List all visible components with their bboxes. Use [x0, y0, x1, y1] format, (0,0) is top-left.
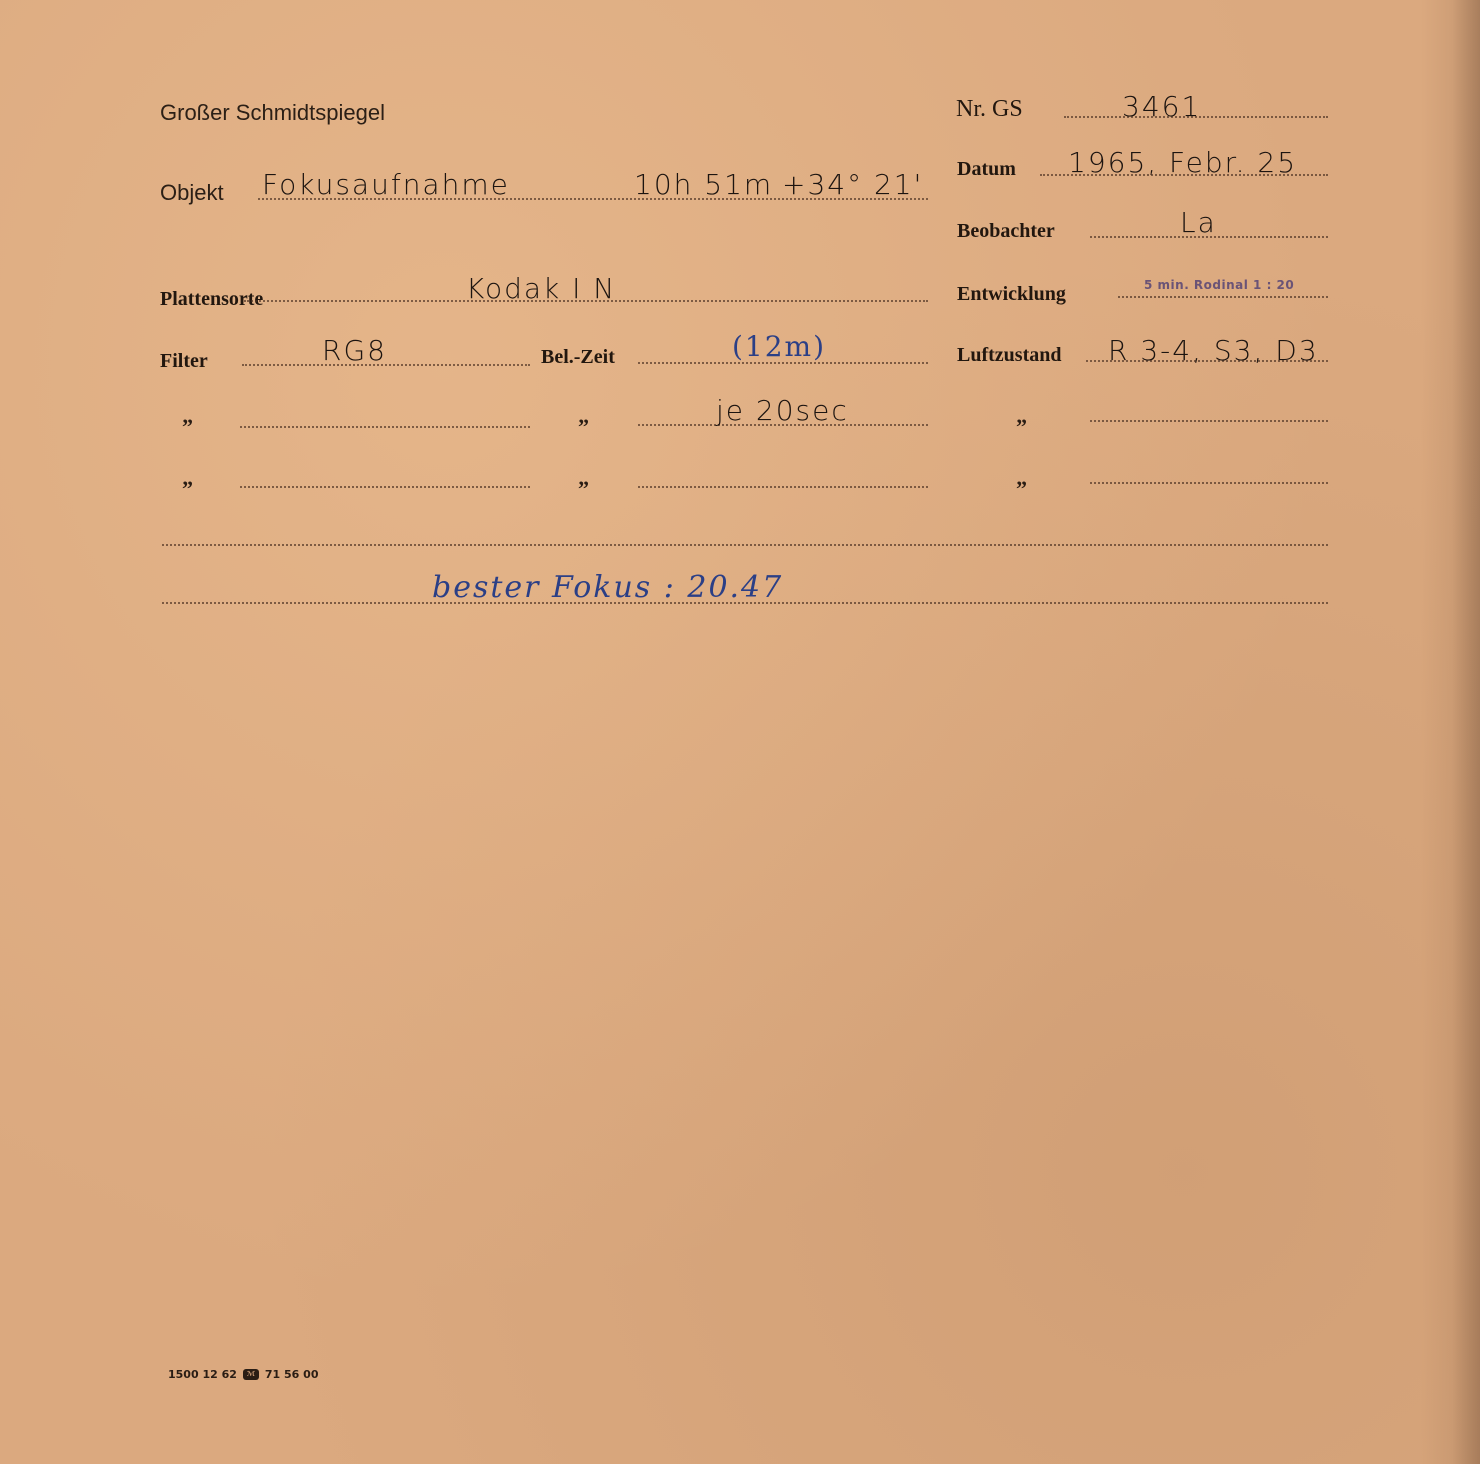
- notes-text-2: bester Fokus : 20.47: [432, 570, 783, 605]
- print-code-part-2: 71 56 00: [265, 1368, 319, 1381]
- beobachter-value: La: [1180, 206, 1217, 239]
- datum-value: 1965, Febr. 25: [1068, 146, 1297, 179]
- notes-line-1: [162, 544, 1328, 546]
- declination-value: +34° 21': [782, 168, 923, 201]
- ditto-luftzustand-2: ”: [1016, 476, 1027, 502]
- luftzustand-label: Luftzustand: [957, 344, 1061, 367]
- entwicklung-line: [1118, 296, 1328, 298]
- beobachter-label: Beobachter: [957, 220, 1055, 243]
- belzeit-line-3: [638, 486, 928, 488]
- luftzustand-line-3: [1090, 482, 1328, 484]
- filter-line-2: [240, 426, 530, 428]
- ditto-luftzustand-1: ”: [1016, 414, 1027, 440]
- belzeit-value-2: je 20sec: [716, 394, 849, 427]
- right-ascension-value: 10h 51m: [634, 168, 773, 201]
- luftzustand-line-2: [1090, 420, 1328, 422]
- objekt-label: Objekt: [160, 180, 224, 206]
- instrument-title: Großer Schmidtspiegel: [160, 100, 385, 126]
- printer-logo-icon: ℳ: [243, 1369, 259, 1380]
- paper-background: [0, 0, 1480, 1464]
- plate-number-label: Nr. GS: [956, 96, 1023, 123]
- ditto-filter-1: ”: [182, 414, 193, 440]
- paper-edge-shadow: [1452, 0, 1480, 1464]
- entwicklung-stamp: 5 min. Rodinal 1 : 20: [1144, 278, 1294, 292]
- ditto-belzeit-1: ”: [578, 414, 589, 440]
- print-code-part-1: 1500 12 62: [168, 1368, 237, 1381]
- datum-label: Datum: [957, 158, 1016, 181]
- filter-line-3: [240, 486, 530, 488]
- filter-value: RG8: [322, 334, 387, 367]
- entwicklung-label: Entwicklung: [957, 283, 1066, 306]
- ditto-belzeit-2: ”: [578, 476, 589, 502]
- objekt-value: Fokusaufnahme: [262, 168, 510, 201]
- luftzustand-value: R 3-4, S3, D3: [1108, 334, 1319, 367]
- filter-label: Filter: [160, 350, 208, 373]
- plate-number-value: 3461: [1122, 90, 1201, 123]
- belzeit-value: (12m): [732, 330, 826, 363]
- plattensorte-value: Kodak I N: [466, 272, 616, 305]
- belzeit-label: Bel.-Zeit: [541, 346, 615, 369]
- ditto-filter-2: ”: [182, 476, 193, 502]
- print-code: 1500 12 62 ℳ 71 56 00: [168, 1368, 318, 1381]
